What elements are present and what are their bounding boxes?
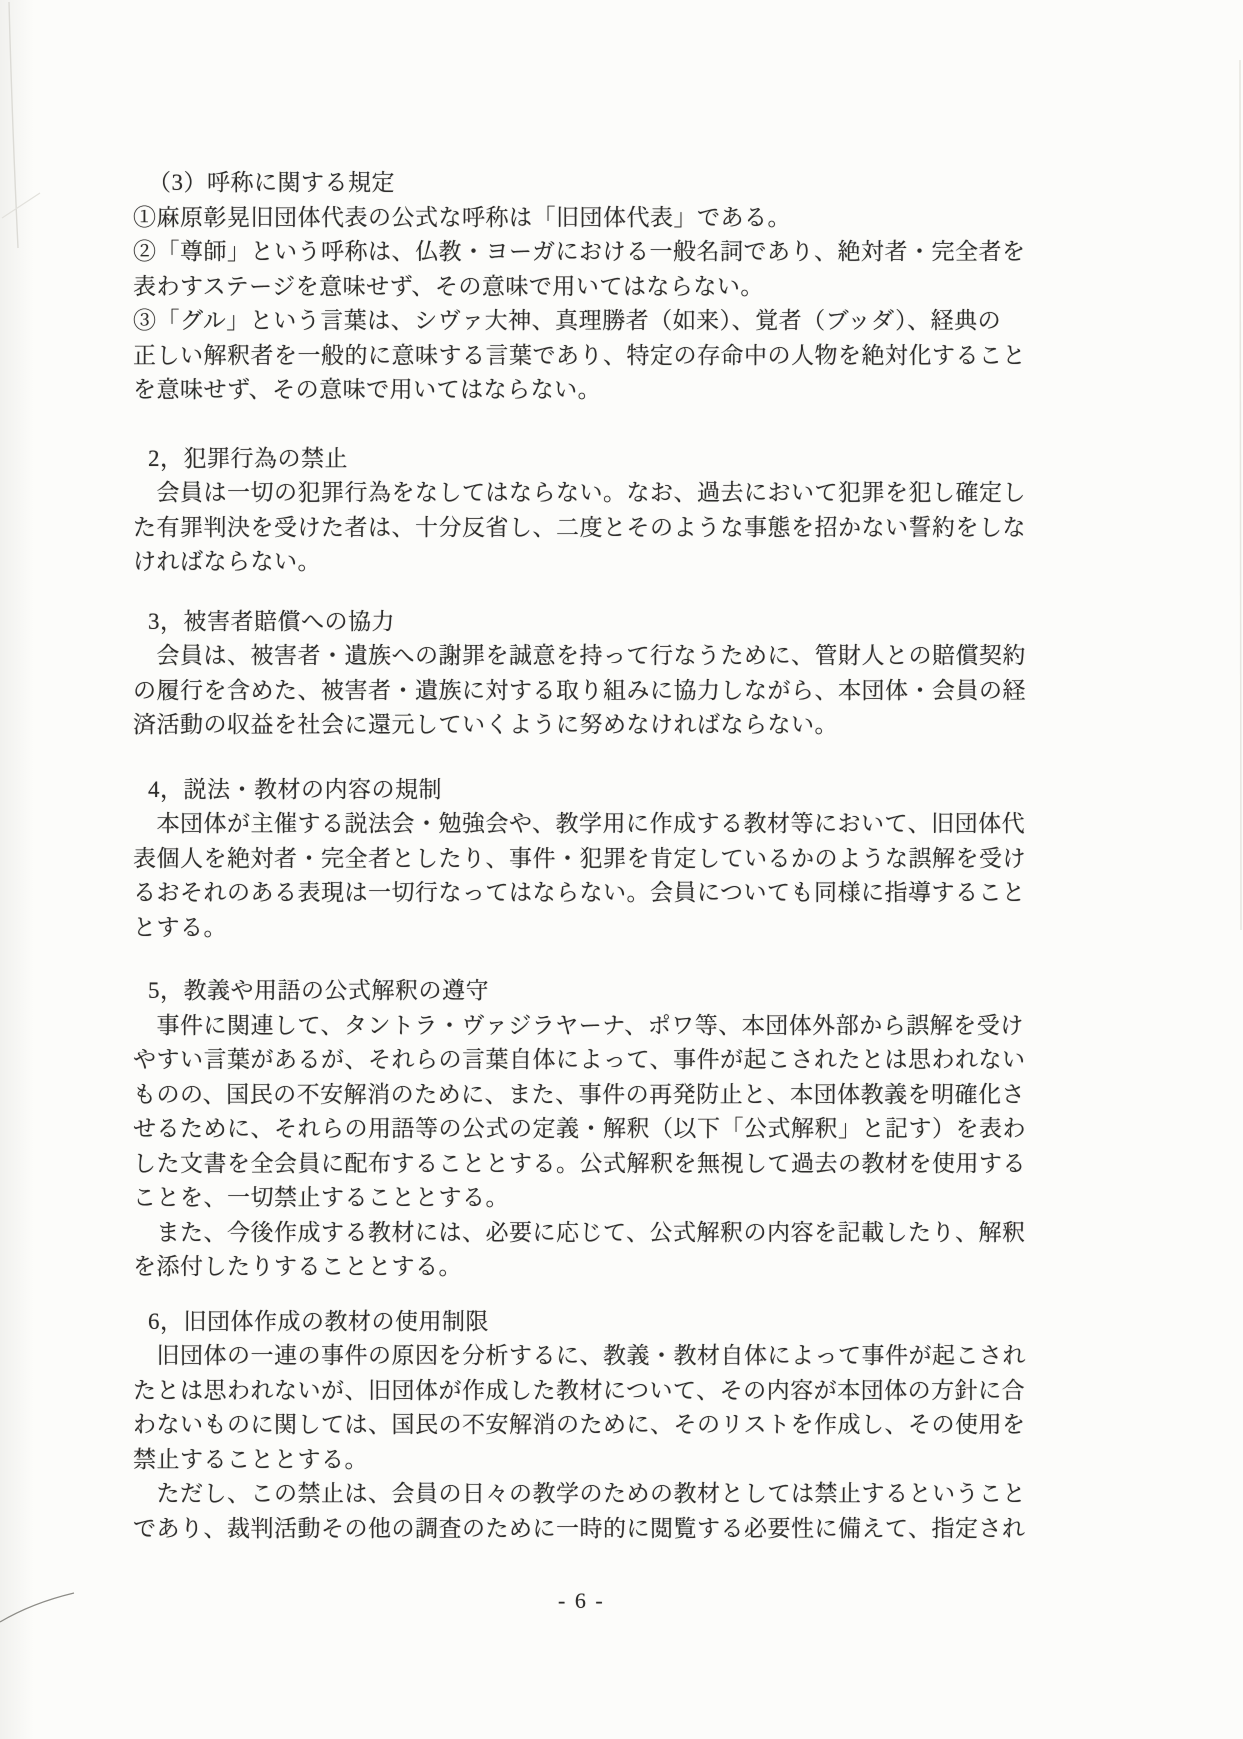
text-line: わないものに関しては、国民の不安解消のために、そのリストを作成し、その使用を (133, 1408, 1053, 1443)
section-heading: 3，被害者賠償への協力 (133, 605, 1053, 640)
section-heading: 4，説法・教材の内容の規制 (133, 773, 1053, 808)
text-line: 禁止することとする。 (133, 1443, 1053, 1478)
text-line: ただし、この禁止は、会員の日々の教学のための教材としては禁止するということ (133, 1477, 1053, 1512)
scan-crease-line (2, 193, 40, 218)
text-line: 旧団体の一連の事件の原因を分析するに、教義・教材自体によって事件が起こされ (133, 1339, 1053, 1374)
text-line: 表わすステージを意味せず、その意味で用いてはならない。 (133, 270, 1053, 305)
text-line: せるために、それらの用語等の公式の定義・解釈（以下「公式解釈」と記す）を表わ (133, 1112, 1053, 1147)
text-line: 会員は、被害者・遺族への謝罪を誠意を持って行なうために、管財人との賠償契約 (133, 639, 1053, 674)
document-body: （3）呼称に関する規定 ①麻原彰晃旧団体代表の公式な呼称は「旧団体代表」である。… (133, 166, 1053, 1546)
scan-bottom-curl-line (0, 1593, 74, 1622)
scan-right-edge-line (1240, 60, 1241, 930)
text-line: た有罪判決を受けた者は、十分反省し、二度とそのような事態を招かない誓約をしな (133, 511, 1053, 546)
text-line: した文書を全会員に配布することとする。公式解釈を無視して過去の教材を使用する (133, 1147, 1053, 1182)
text-line: また、今後作成する教材には、必要に応じて、公式解釈の内容を記載したり、解釈 (133, 1216, 1053, 1251)
page-number: - 6 - (558, 1588, 605, 1614)
text-line: 正しい解釈者を一般的に意味する言葉であり、特定の存命中の人物を絶対化すること (133, 339, 1053, 374)
text-line: の履行を含めた、被害者・遺族に対する取り組みに協力しながら、本団体・会員の経 (133, 674, 1053, 709)
text-line: を添付したりすることとする。 (133, 1250, 1053, 1285)
text-line: 済活動の収益を社会に還元していくように努めなければならない。 (133, 708, 1053, 743)
section-heading: （3）呼称に関する規定 (133, 166, 1053, 201)
section-naming-rules: （3）呼称に関する規定 ①麻原彰晃旧団体代表の公式な呼称は「旧団体代表」である。… (133, 166, 1053, 408)
text-line: ③「グル」という言葉は、シヴァ大神、真理勝者（如来）、覚者（ブッダ）、経典の (133, 304, 1053, 339)
text-line: ものの、国民の不安解消のために、また、事件の再発防止と、本団体教義を明確化さ (133, 1078, 1053, 1113)
text-line: 会員は一切の犯罪行為をなしてはならない。なお、過去において犯罪を犯し確定し (133, 476, 1053, 511)
text-line: 本団体が主催する説法会・勉強会や、教学用に作成する教材等において、旧団体代 (133, 807, 1053, 842)
text-line: ことを、一切禁止することとする。 (133, 1181, 1053, 1216)
text-line: ②「尊師」という呼称は、仏教・ヨーガにおける一般名詞であり、絶対者・完全者を (133, 235, 1053, 270)
text-line: ①麻原彰晃旧団体代表の公式な呼称は「旧団体代表」である。 (133, 201, 1053, 236)
section-crime-prohibition: 2，犯罪行為の禁止 会員は一切の犯罪行為をなしてはならない。なお、過去において犯… (133, 442, 1053, 580)
section-heading: 2，犯罪行為の禁止 (133, 442, 1053, 477)
section-heading: 5，教義や用語の公式解釈の遵守 (133, 974, 1053, 1009)
text-line: るおそれのある表現は一切行なってはならない。会員についても同様に指導すること (133, 876, 1053, 911)
text-line: 事件に関連して、タントラ・ヴァジラヤーナ、ポワ等、本団体外部から誤解を受け (133, 1009, 1053, 1044)
text-line: ければならない。 (133, 545, 1053, 580)
text-line: たとは思われないが、旧団体が作成した教材について、その内容が本団体の方針に合 (133, 1374, 1053, 1409)
section-old-material-restriction: 6，旧団体作成の教材の使用制限 旧団体の一連の事件の原因を分析するに、教義・教材… (133, 1305, 1053, 1547)
scan-edge-curl-line (9, 2, 18, 248)
section-victim-compensation: 3，被害者賠償への協力 会員は、被害者・遺族への謝罪を誠意を持って行なうために、… (133, 605, 1053, 743)
text-line: とする。 (133, 911, 1053, 946)
scanned-document-page: （3）呼称に関する規定 ①麻原彰晃旧団体代表の公式な呼称は「旧団体代表」である。… (0, 0, 1243, 1739)
text-line: であり、裁判活動その他の調査のために一時的に閲覧する必要性に備えて、指定され (133, 1512, 1053, 1547)
text-line: 表個人を絶対者・完全者としたり、事件・犯罪を肯定しているかのような誤解を受け (133, 842, 1053, 877)
section-official-interpretation: 5，教義や用語の公式解釈の遵守 事件に関連して、タントラ・ヴァジラヤーナ、ポワ等… (133, 974, 1053, 1285)
text-line: やすい言葉があるが、それらの言葉自体によって、事件が起こされたとは思われない (133, 1043, 1053, 1078)
section-teaching-material-content: 4，説法・教材の内容の規制 本団体が主催する説法会・勉強会や、教学用に作成する教… (133, 773, 1053, 946)
section-heading: 6，旧団体作成の教材の使用制限 (133, 1305, 1053, 1340)
text-line: を意味せず、その意味で用いてはならない。 (133, 373, 1053, 408)
